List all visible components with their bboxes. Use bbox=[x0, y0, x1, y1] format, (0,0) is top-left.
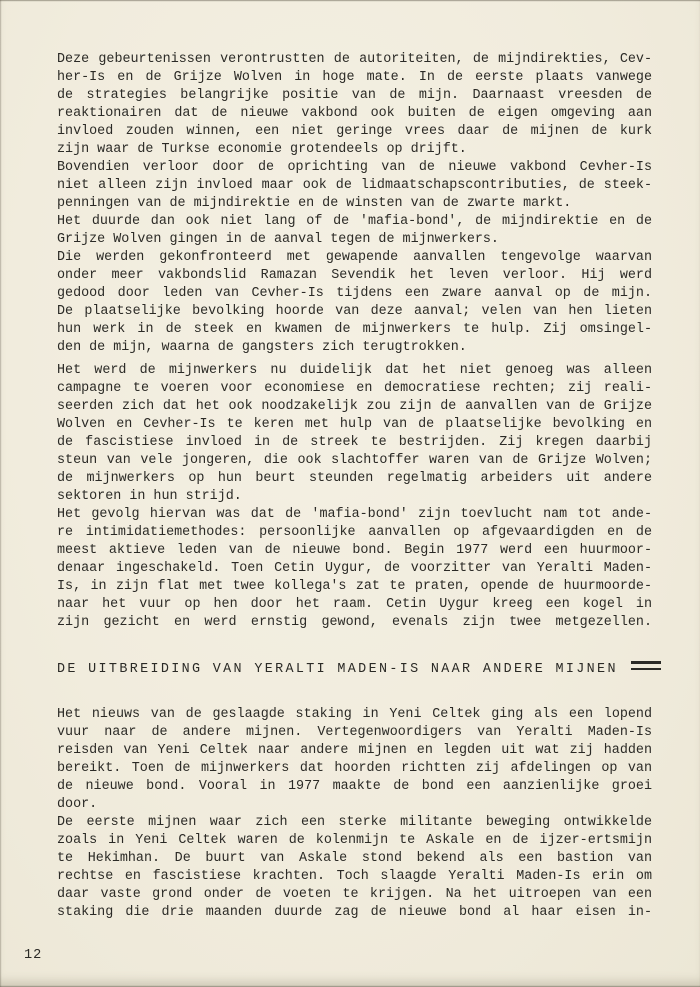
text-line: De plaatselijke bevolking hoorde van dez… bbox=[57, 303, 652, 321]
text-line: hun werk in de steek en kwamen de mijnwe… bbox=[57, 321, 652, 339]
text-line: de nieuwe bond. Vooral in 1977 maakte de… bbox=[57, 778, 652, 796]
text-line: seerden zich dat het ook noodzakelijk zo… bbox=[57, 398, 652, 416]
text-line: De eerste mijnen waar zich een sterke mi… bbox=[57, 814, 652, 832]
text-line: penningen van de mijndirektie en de wins… bbox=[57, 195, 652, 213]
text-line: bereikt. Toen de mijnwerkers dat hoorden… bbox=[57, 760, 652, 778]
text-line: Het werd de mijnwerkers nu duidelijk dat… bbox=[57, 362, 652, 380]
double-line-mark bbox=[631, 661, 661, 670]
text-line: onder meer vakbondslid Ramazan Sevendik … bbox=[57, 267, 652, 285]
text-line: Is, in zijn flat met twee kollega's zat … bbox=[57, 578, 652, 596]
document-page: Deze gebeurtenissen verontrustten de aut… bbox=[0, 0, 700, 987]
text-line: Het nieuws van de geslaagde staking in Y… bbox=[57, 706, 652, 724]
text-line: Wolven en Cevher-Is te keren met hulp va… bbox=[57, 416, 652, 434]
text-line: door. bbox=[57, 796, 652, 814]
text-line: de strategies belangrijke positie van de… bbox=[57, 87, 652, 105]
text-line: vuur naar de andere mijnen. Vertegenwoor… bbox=[57, 724, 652, 742]
section-heading-text: DE UITBREIDING VAN YERALTI MADEN-IS NAAR… bbox=[57, 662, 618, 677]
text-line: campagne te voeren voor economiese en de… bbox=[57, 380, 652, 398]
text-line: Grijze Wolven gingen in de aanval tegen … bbox=[57, 231, 652, 249]
text-line: invloed zouden winnen, een niet geringe … bbox=[57, 123, 652, 141]
text-line: de fascistiese invloed in de streek te b… bbox=[57, 434, 652, 452]
text-line: naar het vuur op hen door het raam. Ceti… bbox=[57, 596, 652, 614]
text-line: Het duurde dan ook niet lang of de 'mafi… bbox=[57, 213, 652, 231]
paragraph-block-3: Het nieuws van de geslaagde staking in Y… bbox=[57, 706, 652, 922]
paragraph-block-2: Het werd de mijnwerkers nu duidelijk dat… bbox=[57, 362, 652, 632]
text-line: sektoren in hun strijd. bbox=[57, 488, 652, 506]
text-line: gedood door leden van Cevher-Is tijdens … bbox=[57, 285, 652, 303]
text-line: te Hekimhan. De buurt van Askale stond b… bbox=[57, 850, 652, 868]
text-line: den de mijn, waarna de gangsters zich te… bbox=[57, 339, 652, 357]
text-line: Het gevolg hiervan was dat de 'mafia-bon… bbox=[57, 506, 652, 524]
text-line: staking die drie maanden duurde zag de n… bbox=[57, 904, 652, 922]
text-line: daar vaste grond onder de voeten te krij… bbox=[57, 886, 652, 904]
section-heading: DE UITBREIDING VAN YERALTI MADEN-IS NAAR… bbox=[57, 661, 661, 679]
text-line: zijn gezicht en werd ernstig gewond, eve… bbox=[57, 614, 652, 632]
text-line: her-Is en de Grijze Wolven in hoge mate.… bbox=[57, 69, 652, 87]
text-line: re intimidatiemethodes: persoonlijke aan… bbox=[57, 524, 652, 542]
text-line: reaktionairen dat de nieuwe vakbond ook … bbox=[57, 105, 652, 123]
text-line: de mijnwerkers op hun beurt steunden reg… bbox=[57, 470, 652, 488]
text-line: Bovendien verloor door de oprichting van… bbox=[57, 159, 652, 177]
text-line: meest aktieve leden van de nieuwe bond. … bbox=[57, 542, 652, 560]
text-line: denaar ingeschakeld. Toen Cetin Uygur, d… bbox=[57, 560, 652, 578]
text-line: zijn waar de Turkse economie grotendeels… bbox=[57, 141, 652, 159]
paragraph-block-1: Deze gebeurtenissen verontrustten de aut… bbox=[57, 51, 652, 357]
text-line: niet alleen zijn invloed maar ook de lid… bbox=[57, 177, 652, 195]
page-number: 12 bbox=[24, 948, 42, 963]
text-line: Die werden gekonfronteerd met gewapende … bbox=[57, 249, 652, 267]
text-line: reisden van Yeni Celtek naar andere mijn… bbox=[57, 742, 652, 760]
text-line: steun van vele jongeren, die ook slachto… bbox=[57, 452, 652, 470]
text-line: Deze gebeurtenissen verontrustten de aut… bbox=[57, 51, 652, 69]
text-line: rechtse en fascistiese krachten. Toch sl… bbox=[57, 868, 652, 886]
text-line: zoals in Yeni Celtek waren de kolenmijn … bbox=[57, 832, 652, 850]
